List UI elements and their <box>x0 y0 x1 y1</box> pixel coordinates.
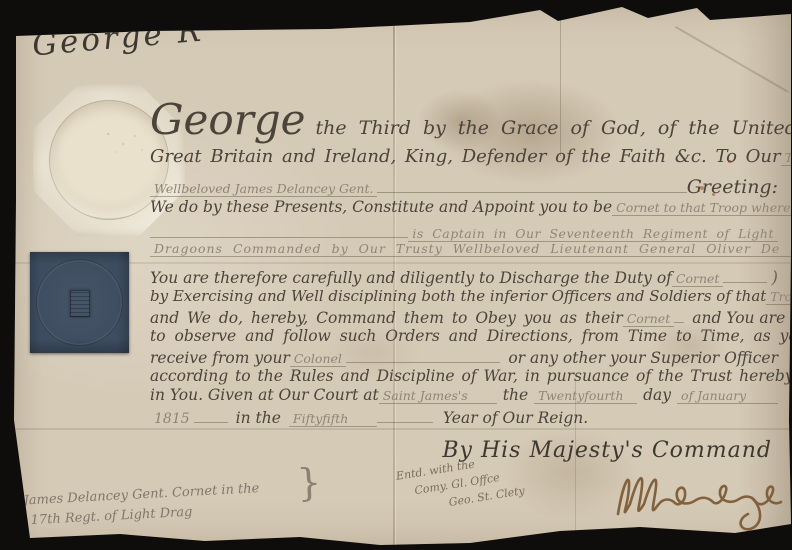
countersignature <box>602 458 788 538</box>
deed-in-the: in the <box>228 409 289 427</box>
deed-line-12: according to the Rules and Discipline of… <box>150 366 778 385</box>
manuscript-colonel: Colonel <box>290 351 346 367</box>
deed-the: the <box>497 386 534 404</box>
docket-bracket: } <box>296 472 321 493</box>
manuscript-obey-rank: Cornet <box>623 311 675 327</box>
stamp-foil-label <box>70 290 90 317</box>
manuscript-troop: Troop <box>766 289 792 305</box>
deed-line-14: 1815 in the Fiftyfifth Year of Our Reign… <box>150 406 640 427</box>
deed-line-4: We do by these Presents, Constitute and … <box>150 198 778 216</box>
line-bracket: ) <box>767 268 778 288</box>
photo-background: George R George the Third by the Grace o… <box>0 0 792 550</box>
manuscript-month: of January <box>677 388 778 404</box>
blank-rule <box>674 306 684 323</box>
horizontal-fold-crease <box>0 428 792 430</box>
deed-line-9-end: and You are <box>684 309 785 327</box>
blank-rule <box>346 346 500 363</box>
manuscript-duty-rank: Cornet <box>672 271 724 287</box>
deed-line-6: Dragoons Commanded by Our Trusty Wellbel… <box>150 241 778 257</box>
deed-line-10-text: to observe and follow such Orders and Di… <box>150 327 792 345</box>
deed-line-2-text: Great Britain and Ireland, King, Defende… <box>150 146 781 167</box>
docket-note: James Delancey Gent. Cornet in the 17th … <box>23 477 311 532</box>
blank-rule <box>150 221 408 238</box>
deed-line-3: Wellbeloved James Delancey Gent. Greetin… <box>150 176 778 198</box>
blank-rule <box>723 266 767 283</box>
diagonal-crease <box>675 26 788 92</box>
manuscript-grantee-name: Wellbeloved James Delancey Gent. <box>150 181 377 197</box>
deed-line-10: to observe and follow such Orders and Di… <box>150 326 778 345</box>
deed-initial-word: George <box>150 100 306 140</box>
manuscript-commander: Dragoons Commanded by Our Trusty Wellbel… <box>150 241 792 257</box>
blank-rule <box>377 176 686 193</box>
deed-line-8: by Exercising and Well disciplining both… <box>150 286 778 306</box>
deed-line-1: George the Third by the Grace of God, of… <box>150 100 778 140</box>
deed-day: day <box>637 386 677 404</box>
deed-line-4-text: We do by these Presents, Constitute and … <box>150 198 612 216</box>
deed-line-1-text: the Third by the Grace of God, of the Un… <box>306 117 792 139</box>
deed-line-13-text: in You. Given at Our Court at <box>150 386 379 404</box>
deed-greeting: Greeting: <box>687 176 778 198</box>
deed-line-13: in You. Given at Our Court at Saint Jame… <box>150 386 778 404</box>
blank-rule <box>194 406 228 423</box>
deed-line-2: Great Britain and Ireland, King, Defende… <box>150 146 778 167</box>
manuscript-regiment: is Captain in Our Seventeenth Regiment o… <box>408 226 778 242</box>
deed-line-12-text: according to the Rules and Discipline of… <box>150 367 792 385</box>
royal-sign-manual: George R <box>31 13 205 64</box>
deed-line-9: and We do, hereby, Command them to Obey … <box>150 306 778 327</box>
deed-line-7-text: You are therefore carefully and diligent… <box>150 269 672 287</box>
manuscript-place: Saint James's <box>379 388 497 404</box>
deed-line-11-text: receive from your <box>150 349 290 367</box>
manuscript-regnal-year: Fiftyfifth <box>289 411 377 427</box>
blue-duty-stamp <box>30 252 129 353</box>
manuscript-day: Twentyfourth <box>534 388 637 404</box>
manuscript-rank: Cornet to that Troop whereof <box>612 200 792 216</box>
deed-line-14-end: Year of Our Reign. <box>433 409 588 427</box>
deed-line-8-text: by Exercising and Well disciplining both… <box>150 287 766 305</box>
deed-line-7: You are therefore carefully and diligent… <box>150 266 778 288</box>
deed-line-11-end: or any other your Superior Officer <box>500 349 778 367</box>
deed-line-5: is Captain in Our Seventeenth Regiment o… <box>150 221 778 242</box>
deed-line-9-text: and We do, hereby, Command them to Obey … <box>150 309 623 327</box>
deed-line-11: receive from your Colonel or any other y… <box>150 346 778 367</box>
entry-note: Entd. with the Comy. Gl. Offce Geo. St. … <box>395 449 526 519</box>
manuscript-trusty-and: Trusty and <box>781 150 792 166</box>
parchment-document: George R George the Third by the Grace o… <box>0 0 792 550</box>
blank-rule <box>377 406 433 423</box>
manuscript-year: 1815 <box>150 411 194 427</box>
